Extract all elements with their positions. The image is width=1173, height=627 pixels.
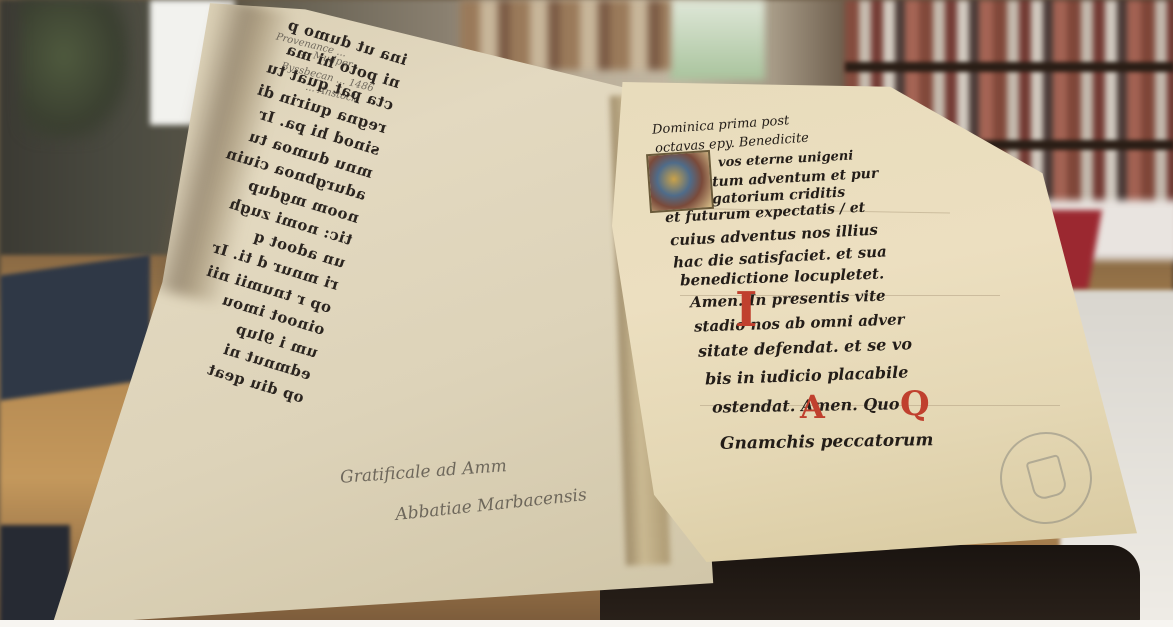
shelf-board bbox=[845, 62, 1173, 72]
background-window-2 bbox=[670, 0, 765, 80]
bottom-border bbox=[0, 620, 1173, 627]
red-initial-i: I bbox=[735, 282, 757, 338]
manuscript-photo: Provenance ... ... Mudper ... Byssbecan … bbox=[0, 0, 1173, 627]
illuminated-initial bbox=[646, 150, 714, 213]
red-initial-a: A bbox=[800, 388, 825, 426]
text-line: Gnamchis peccatorum bbox=[720, 430, 934, 454]
red-initial-q: Q bbox=[900, 384, 930, 424]
